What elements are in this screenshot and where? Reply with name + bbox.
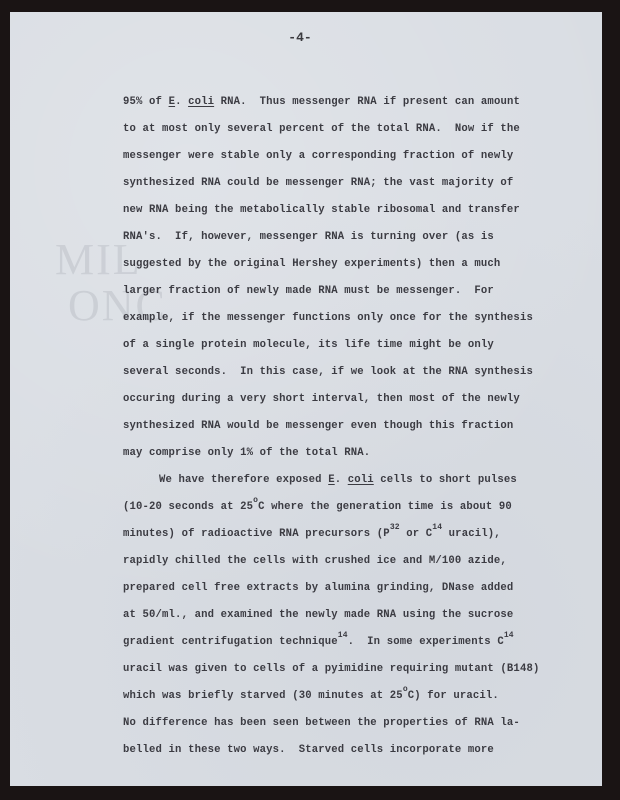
text-segment: 95% of <box>123 96 169 108</box>
text-segment: belled in these two ways. Starved cells … <box>123 744 494 756</box>
text-line: example, if the messenger functions only… <box>123 305 523 332</box>
text-segment: uracil), <box>442 528 501 540</box>
text-segment: may comprise only 1% of the total RNA. <box>123 447 370 459</box>
text-segment: . <box>175 96 188 108</box>
underlined-text: coli <box>188 96 214 108</box>
text-line: gradient centrifugation technique14. In … <box>123 629 523 656</box>
text-segment: C where the generation time is about 90 <box>258 501 512 513</box>
text-line: rapidly chilled the cells with crushed i… <box>123 548 523 575</box>
text-line: (10-20 seconds at 25oC where the generat… <box>123 494 523 521</box>
text-segment: uracil was given to cells of a pyimidine… <box>123 663 539 675</box>
text-line: 95% of E. coli RNA. Thus messenger RNA i… <box>123 89 523 116</box>
text-line: We have therefore exposed E. coli cells … <box>123 467 523 494</box>
superscript: 32 <box>390 523 400 532</box>
text-segment: No difference has been seen between the … <box>123 717 520 729</box>
superscript: 14 <box>432 523 442 532</box>
text-segment: which was briefly starved (30 minutes at… <box>123 690 403 702</box>
text-line: minutes) of radioactive RNA precursors (… <box>123 521 523 548</box>
text-segment: or C <box>400 528 433 540</box>
text-line: may comprise only 1% of the total RNA. <box>123 440 523 467</box>
text-line: to at most only several percent of the t… <box>123 116 523 143</box>
text-segment: gradient centrifugation technique <box>123 636 338 648</box>
text-line: which was briefly starved (30 minutes at… <box>123 683 523 710</box>
text-line: uracil was given to cells of a pyimidine… <box>123 656 523 683</box>
text-segment: messenger were stable only a correspondi… <box>123 150 513 162</box>
text-segment: of a single protein molecule, its life t… <box>123 339 494 351</box>
text-line: occuring during a very short interval, t… <box>123 386 523 413</box>
text-line: prepared cell free extracts by alumina g… <box>123 575 523 602</box>
text-segment: larger fraction of newly made RNA must b… <box>123 285 494 297</box>
text-line: belled in these two ways. Starved cells … <box>123 737 523 764</box>
text-line: several seconds. In this case, if we loo… <box>123 359 523 386</box>
text-line: suggested by the original Hershey experi… <box>123 251 523 278</box>
text-segment: at 50/ml., and examined the newly made R… <box>123 609 513 621</box>
underlined-text: coli <box>348 474 374 486</box>
text-line: at 50/ml., and examined the newly made R… <box>123 602 523 629</box>
text-segment: suggested by the original Hershey experi… <box>123 258 500 270</box>
text-segment: synthesized RNA would be messenger even … <box>123 420 513 432</box>
page-number: -4- <box>0 30 610 45</box>
text-segment: example, if the messenger functions only… <box>123 312 533 324</box>
text-segment: We have therefore exposed <box>159 474 328 486</box>
text-segment: prepared cell free extracts by alumina g… <box>123 582 513 594</box>
text-segment: minutes) of radioactive RNA precursors (… <box>123 528 390 540</box>
text-segment: synthesized RNA could be messenger RNA; … <box>123 177 513 189</box>
text-segment: . <box>335 474 348 486</box>
text-line: synthesized RNA would be messenger even … <box>123 413 523 440</box>
text-segment: several seconds. In this case, if we loo… <box>123 366 533 378</box>
superscript: 14 <box>338 631 348 640</box>
text-line: synthesized RNA could be messenger RNA; … <box>123 170 523 197</box>
text-segment: to at most only several percent of the t… <box>123 123 520 135</box>
text-segment: cells to short pulses <box>374 474 517 486</box>
text-segment: rapidly chilled the cells with crushed i… <box>123 555 507 567</box>
typed-body-text: 95% of E. coli RNA. Thus messenger RNA i… <box>123 89 523 764</box>
text-line: of a single protein molecule, its life t… <box>123 332 523 359</box>
text-segment: RNA's. If, however, messenger RNA is tur… <box>123 231 494 243</box>
text-line: larger fraction of newly made RNA must b… <box>123 278 523 305</box>
text-segment: occuring during a very short interval, t… <box>123 393 520 405</box>
superscript: 14 <box>504 631 514 640</box>
text-line: No difference has been seen between the … <box>123 710 523 737</box>
text-line: messenger were stable only a correspondi… <box>123 143 523 170</box>
text-line: RNA's. If, however, messenger RNA is tur… <box>123 224 523 251</box>
text-segment: new RNA being the metabolically stable r… <box>123 204 520 216</box>
text-segment: C) for uracil. <box>408 690 499 702</box>
text-segment: . In some experiments C <box>348 636 504 648</box>
text-line: new RNA being the metabolically stable r… <box>123 197 523 224</box>
text-segment: (10-20 seconds at 25 <box>123 501 253 513</box>
text-segment: RNA. Thus messenger RNA if present can a… <box>214 96 520 108</box>
